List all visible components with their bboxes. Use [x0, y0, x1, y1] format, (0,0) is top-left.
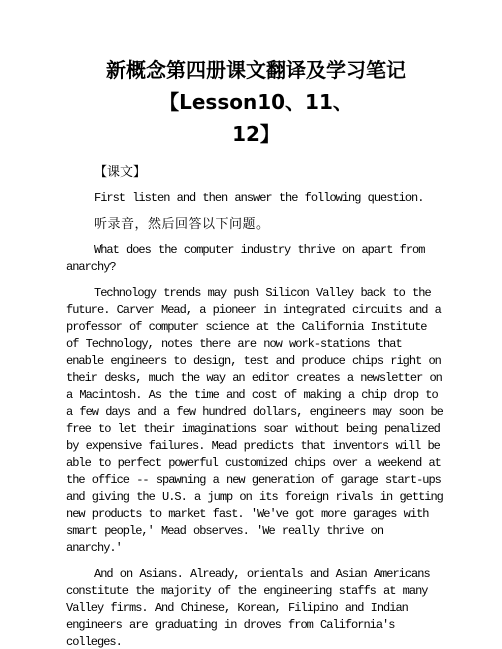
document-title-line2: 12】 [66, 118, 446, 150]
section-label-kewen: 【课文】 [66, 164, 446, 181]
document-title-line1: 新概念第四册课文翻译及学习笔记【Lesson10、11、 [66, 54, 446, 118]
paragraph-listen-instruction-zh: 听录音，然后回答以下问题。 [66, 216, 446, 233]
paragraph-comprehension-question: What does the computer industry thrive o… [66, 242, 446, 276]
document-title: 新概念第四册课文翻译及学习笔记【Lesson10、11、 12】 [66, 54, 446, 150]
paragraph-lesson-text-main: Technology trends may push Silicon Valle… [66, 285, 446, 557]
paragraph-lesson-text-asians: And on Asians. Already, orientals and As… [66, 566, 446, 649]
paragraph-listen-instruction-en: First listen and then answer the followi… [66, 190, 446, 207]
document-page: 新概念第四册课文翻译及学习笔记【Lesson10、11、 12】 【课文】 Fi… [0, 0, 502, 649]
